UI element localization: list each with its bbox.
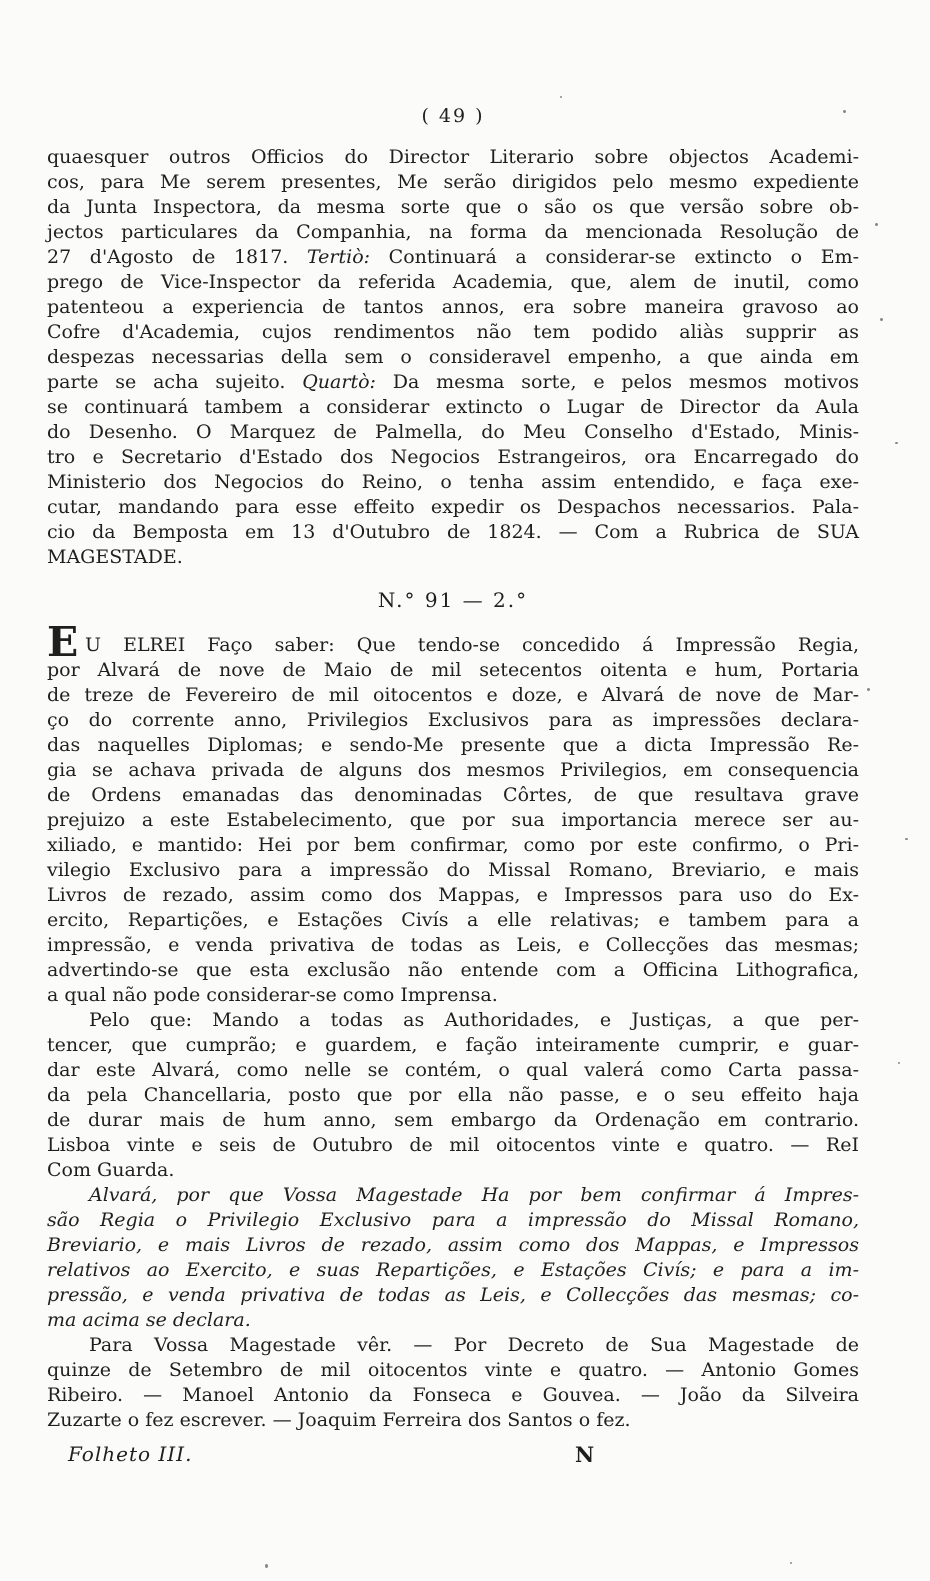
- scan-speck: [265, 1564, 268, 1568]
- document-body: quaesquer outros Officios do Director Li…: [47, 145, 859, 1433]
- text-line: Pelo que: Mando a todas as Authoridades,…: [47, 1008, 859, 1033]
- scan-speck: [790, 1562, 792, 1564]
- text-line: da pela Chancellaria, posto que por ella…: [47, 1083, 859, 1108]
- scan-speck: [843, 110, 846, 113]
- text-line: Cofre d'Academia, cujos rendimentos não …: [47, 320, 859, 345]
- scan-speck: [867, 688, 870, 691]
- text-line: são Regia o Privilegio Exclusivo para a …: [47, 1208, 859, 1233]
- scan-speck: [875, 223, 878, 226]
- text-line: parte se acha sujeito. Quartò: Da mesma …: [47, 370, 859, 395]
- text-segment: 27 d'Agosto de 1817.: [47, 246, 307, 268]
- latin-term: Tertiò:: [307, 246, 370, 268]
- paragraph-mandate: Pelo que: Mando a todas as Authoridades,…: [47, 1008, 859, 1183]
- text-line: dar este Alvará, como nelle se contém, o…: [47, 1058, 859, 1083]
- text-line: Zuzarte o fez escrever. — Joaquim Ferrei…: [47, 1408, 859, 1433]
- scanned-document-page: ( 49 ) quaesquer outros Officios do Dire…: [0, 0, 930, 1581]
- text-line: quinze de Setembro de mil oitocentos vin…: [47, 1358, 859, 1383]
- text-line: Para Vossa Magestade vêr. — Por Decreto …: [47, 1333, 859, 1358]
- signature-mark: N: [575, 1442, 594, 1467]
- text-line: Alvará, por que Vossa Magestade Ha por b…: [47, 1183, 859, 1208]
- scan-speck: [880, 318, 883, 321]
- text-segment: Da mesma sorte, e pelos mesmos motivos: [376, 371, 859, 393]
- text-line: advertindo-se que esta exclusão não ente…: [47, 958, 859, 983]
- text-line: prejuizo a este Estabelecimento, que por…: [47, 808, 859, 833]
- text-line: de Ordens emanadas das denominadas Côrte…: [47, 783, 859, 808]
- text-line: ço do corrente anno, Privilegios Exclusi…: [47, 708, 859, 733]
- scan-speck: [560, 96, 562, 98]
- text-line: MAGESTADE.: [47, 545, 859, 570]
- text-line: tencer, que cumprão; e guardem, e fação …: [47, 1033, 859, 1058]
- raised-initial-capital: E: [47, 622, 78, 663]
- text-line: cio da Bemposta em 13 d'Outubro de 1824.…: [47, 520, 859, 545]
- text-line: Lisboa vinte e seis de Outubro de mil oi…: [47, 1133, 859, 1158]
- page-footer: Folheto III. N: [47, 1442, 859, 1472]
- paragraph-alvara: E U ELREI Faço saber: Que tendo-se conce…: [47, 633, 859, 1008]
- latin-term: Quartò:: [302, 371, 376, 393]
- text-line: pressão, e venda privativa de todas as L…: [47, 1283, 859, 1308]
- text-line: se continuará tambem a considerar extinc…: [47, 395, 859, 420]
- text-line: ercito, Repartições, e Estações Civís a …: [47, 908, 859, 933]
- text-line: das naquelles Diplomas; e sendo-Me prese…: [47, 733, 859, 758]
- paragraph-decree-continuation: quaesquer outros Officios do Director Li…: [47, 145, 859, 570]
- text-line: 27 d'Agosto de 1817. Tertiò: Continuará …: [47, 245, 859, 270]
- text-line: cos, para Me serem presentes, Me serão d…: [47, 170, 859, 195]
- text-line: quaesquer outros Officios do Director Li…: [47, 145, 859, 170]
- text-line: cutar, mandando para esse effeito expedi…: [47, 495, 859, 520]
- text-line: Com Guarda.: [47, 1158, 859, 1183]
- text-line: vilegio Exclusivo para a impressão do Mi…: [47, 858, 859, 883]
- text-line: de durar mais de hum anno, sem embargo d…: [47, 1108, 859, 1133]
- text-segment: parte se acha sujeito.: [47, 371, 302, 393]
- text-line: da Junta Inspectora, da mesma sorte que …: [47, 195, 859, 220]
- paragraph-summary-italic: Alvará, por que Vossa Magestade Ha por b…: [47, 1183, 859, 1333]
- text-line: Livros de rezado, assim como dos Mappas,…: [47, 883, 859, 908]
- text-line: relativos ao Exercito, e suas Repartiçõe…: [47, 1258, 859, 1283]
- text-line: Ministerio dos Negocios do Reino, o tenh…: [47, 470, 859, 495]
- scan-speck: [905, 838, 908, 840]
- text-line: U ELREI Faço saber: Que tendo-se concedi…: [47, 633, 859, 658]
- text-line: de treze de Fevereiro de mil oitocentos …: [47, 683, 859, 708]
- text-segment: Continuará a considerar-se extincto o Em…: [370, 246, 859, 268]
- folheto-label: Folheto III.: [68, 1442, 192, 1467]
- text-line: ma acima se declara.: [47, 1308, 859, 1333]
- text-line: patenteou a experiencia de tantos annos,…: [47, 295, 859, 320]
- text-line: do Desenho. O Marquez de Palmella, do Me…: [47, 420, 859, 445]
- scan-speck: [898, 1062, 900, 1064]
- text-line: tro e Secretario d'Estado dos Negocios E…: [47, 445, 859, 470]
- text-line: Ribeiro. — Manoel Antonio da Fonseca e G…: [47, 1383, 859, 1408]
- section-heading: N.° 91 — 2.°: [47, 588, 859, 613]
- text-line: gia se achava privada de alguns dos mesm…: [47, 758, 859, 783]
- text-line: jectos particulares da Companhia, na for…: [47, 220, 859, 245]
- text-line: por Alvará de nove de Maio de mil setece…: [47, 658, 859, 683]
- text-line: prego de Vice-Inspector da referida Acad…: [47, 270, 859, 295]
- text-line: a qual não pode considerar-se como Impre…: [47, 983, 859, 1008]
- page-number: ( 49 ): [47, 0, 859, 129]
- paragraph-signatures: Para Vossa Magestade vêr. — Por Decreto …: [47, 1333, 859, 1433]
- text-line: impressão, e venda privativa de todas as…: [47, 933, 859, 958]
- text-line: despezas necessarias della sem o conside…: [47, 345, 859, 370]
- text-line: Breviario, e mais Livros de rezado, assi…: [47, 1233, 859, 1258]
- text-line: xiliado, e mantido: Hei por bem confirma…: [47, 833, 859, 858]
- scan-speck: [895, 442, 898, 444]
